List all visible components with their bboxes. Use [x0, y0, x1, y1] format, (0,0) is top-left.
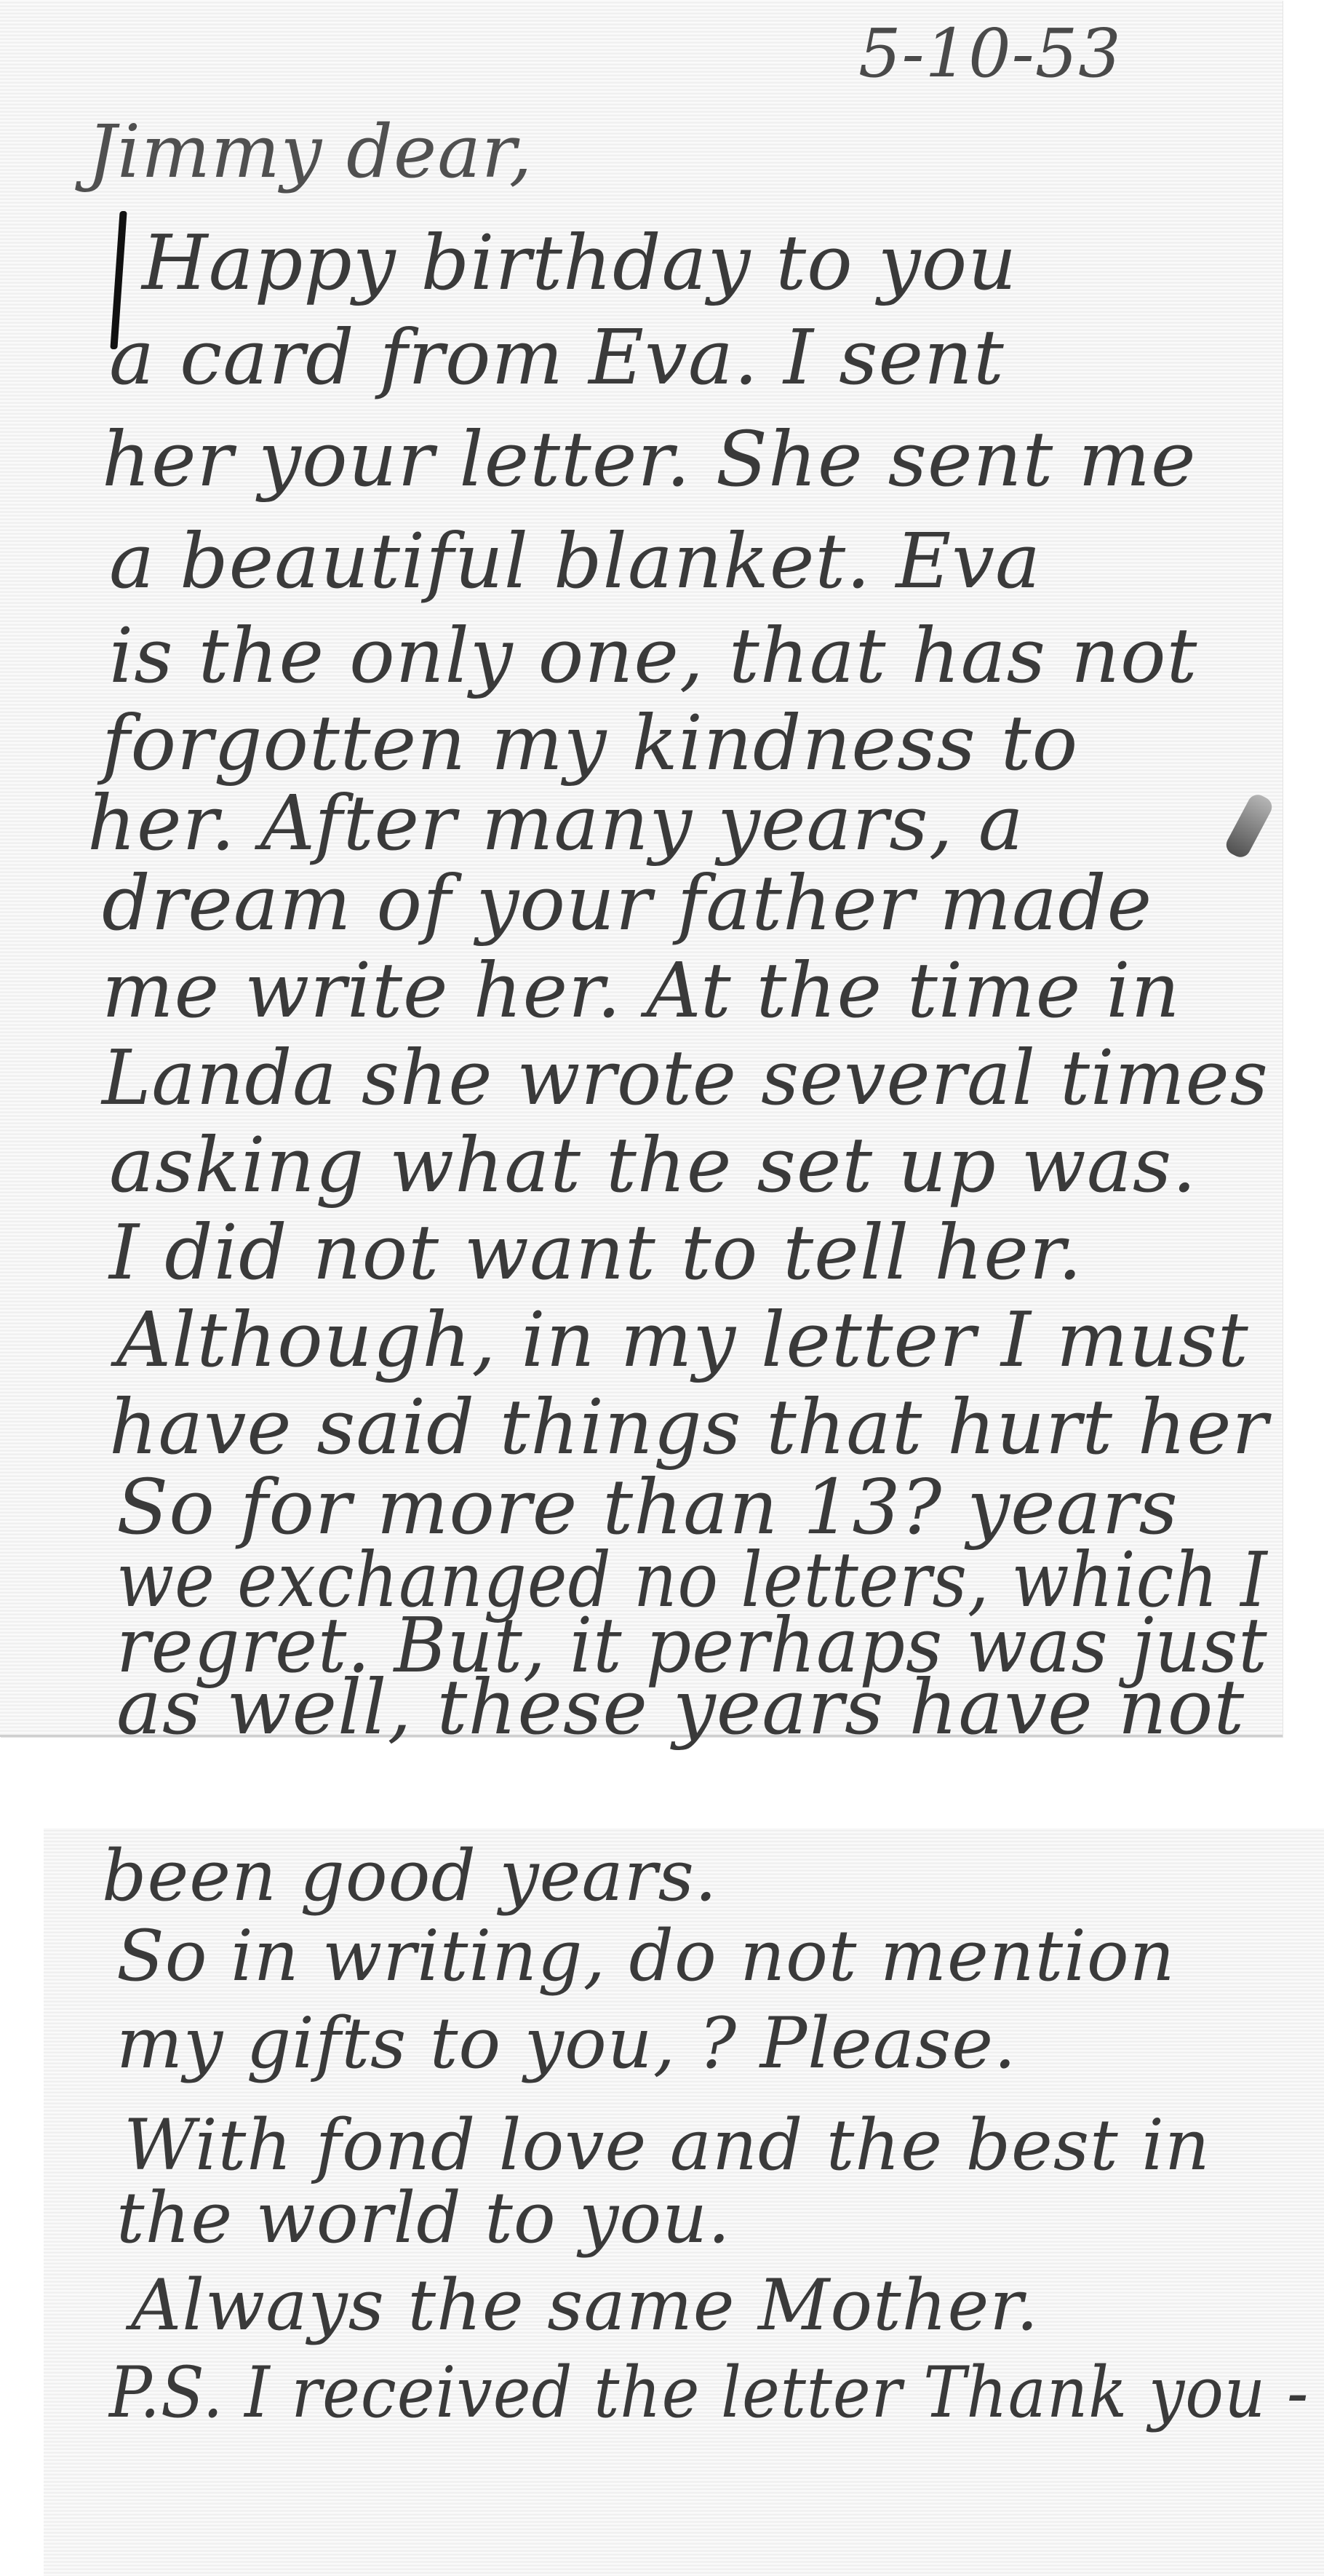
letter-line: my gifts to you, ? Please.	[116, 2003, 1017, 2084]
letter-line: a card from Eva. I sent	[109, 313, 1005, 402]
letter-line: her your letter. She sent me	[102, 415, 1197, 504]
letter-line: With fond love and the best in	[124, 2104, 1211, 2186]
letter-line: have said things that hurt her	[109, 1383, 1269, 1471]
letter-line: been good years.	[102, 1835, 717, 1917]
letter-signoff: Always the same Mother.	[131, 2265, 1039, 2346]
letter-line: me write her. At the time in	[102, 946, 1181, 1035]
letter-postscript: P.S. I received the letter Thank you -	[109, 2352, 1309, 2433]
letter-line: dream of your father made	[102, 859, 1152, 947]
letter-line: the world to you.	[116, 2177, 731, 2259]
ink-smudge	[1223, 791, 1275, 860]
letter-line: I did not want to tell her.	[109, 1208, 1082, 1297]
letter-line: Although, in my letter I must	[116, 1295, 1249, 1384]
letter-line: asking what the set up was.	[109, 1121, 1197, 1209]
letter-line: a beautiful blanket. Eva	[109, 517, 1041, 605]
letter-line: Happy birthday to you	[142, 218, 1017, 307]
letter-page-1: 5-10-53 Jimmy dear, Happy birthday to yo…	[0, 0, 1283, 1737]
letter-page-2: been good years. So in writing, do not m…	[44, 1828, 1324, 2576]
letter-salutation: Jimmy dear,	[87, 109, 533, 194]
letter-line: as well, these years have not	[116, 1663, 1245, 1752]
letter-line: Landa she wrote several times	[102, 1033, 1269, 1122]
letter-line: her. After many years, a	[87, 779, 1024, 867]
letter-line: forgotten my kindness to	[102, 699, 1078, 787]
letter-line: So in writing, do not mention	[116, 1915, 1176, 1997]
letter-line: is the only one, that has not	[109, 611, 1197, 700]
letter-date: 5-10-53	[858, 15, 1122, 92]
